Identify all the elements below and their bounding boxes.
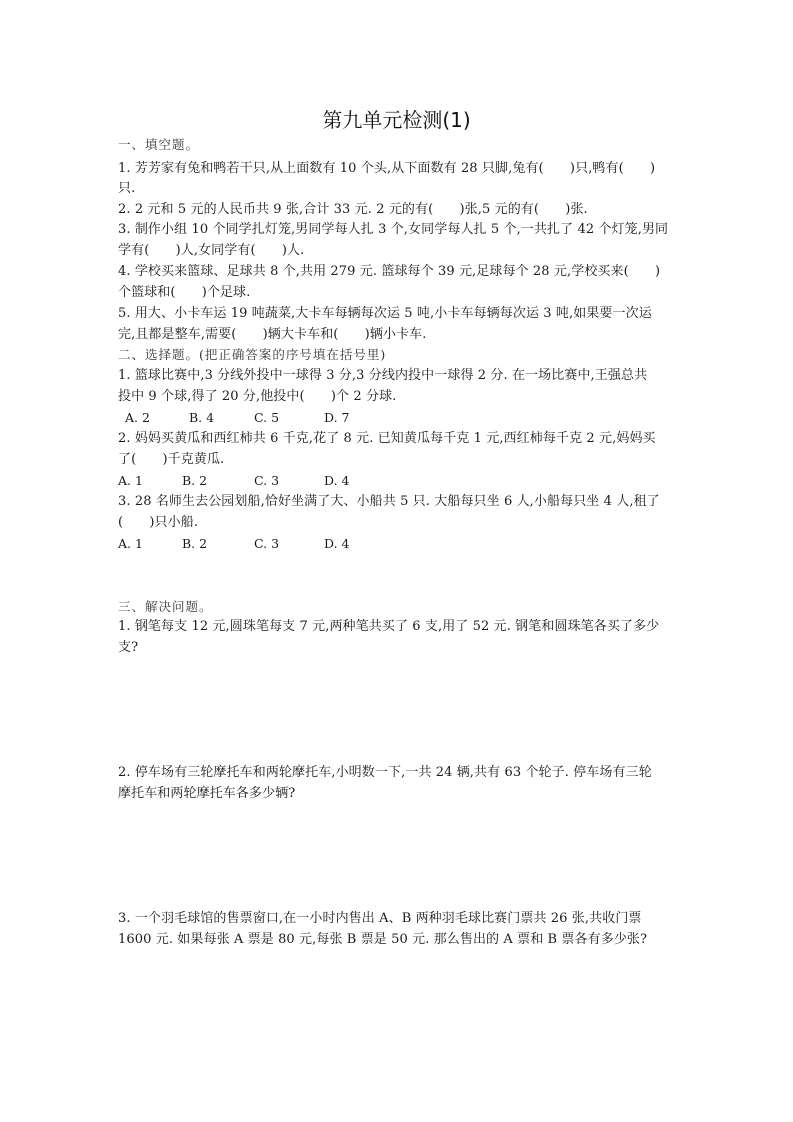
solve-q3-line-1: 3. 一个羽毛球馆的售票窗口,在一小时内售出 A、B 两种羽毛球比赛门票共 26…	[118, 911, 678, 927]
section-heading-problems: 三、解决问题。	[118, 599, 678, 615]
section-heading-fill-in: 一、填空题。	[118, 137, 678, 153]
solve-q1-line-2: 支?	[118, 640, 678, 656]
choice-q2-line-1: 2. 妈妈买黄瓜和西红柿共 6 千克,花了 8 元. 已知黄瓜每千克 1 元,西…	[118, 431, 678, 447]
choice-q1-line-2: 投中 9 个球,得了 20 分,他投中( )个 2 分球.	[118, 389, 678, 405]
solve-q2-line-1: 2. 停车场有三轮摩托车和两轮摩托车,小明数一下,一共 24 辆,共有 63 个…	[118, 765, 678, 781]
choice-q3-line-1: 3. 28 名师生去公园划船,恰好坐满了大、小船共 5 只. 大船每只坐 6 人…	[118, 494, 678, 510]
option-d: D. 4	[324, 473, 349, 489]
option-c: C. 3	[254, 536, 279, 552]
choice-q3-line-2: ( )只小船.	[118, 515, 678, 531]
fill-q1-line-1: 1. 芳芳家有兔和鸭若干只,从上面数有 10 个头,从下面数有 28 只脚,兔有…	[118, 161, 678, 177]
fill-q5-line-1: 5. 用大、小卡车运 19 吨蔬菜,大卡车每辆每次运 5 吨,小卡车每辆每次运 …	[118, 306, 678, 322]
section-heading-choice: 二、选择题。(把正确答案的序号填在括号里)	[118, 347, 678, 363]
option-c: C. 5	[254, 410, 279, 426]
solve-q1-line-1: 1. 钢笔每支 12 元,圆珠笔每支 7 元,两种笔共买了 6 支,用了 52 …	[118, 619, 678, 635]
option-d: D. 7	[324, 410, 349, 426]
option-b: B. 2	[182, 536, 207, 552]
fill-q2-line-1: 2. 2 元和 5 元的人民币共 9 张,合计 33 元. 2 元的有( )张,…	[118, 202, 678, 218]
solve-q3-line-2: 1600 元. 如果每张 A 票是 80 元,每张 B 票是 50 元. 那么售…	[118, 932, 678, 948]
fill-q5-line-2: 完,且都是整车,需要( )辆大卡车和( )辆小卡车.	[118, 327, 678, 343]
worksheet-page: 第九单元检测(1) 一、填空题。 1. 芳芳家有兔和鸭若干只,从上面数有 10 …	[0, 0, 793, 1122]
choice-q1-line-1: 1. 篮球比赛中,3 分线外投中一球得 3 分,3 分线内投中一球得 2 分. …	[118, 368, 678, 384]
option-b: B. 4	[189, 410, 214, 426]
solve-q2-line-2: 摩托车和两轮摩托车各多少辆?	[118, 786, 678, 802]
fill-q3-line-1: 3. 制作小组 10 个同学扎灯笼,男同学每人扎 3 个,女同学每人扎 5 个,…	[118, 222, 678, 238]
fill-q1-line-2: 只.	[118, 181, 678, 197]
option-a: A. 1	[118, 473, 143, 489]
fill-q3-line-2: 学有( )人,女同学有( )人.	[118, 243, 678, 259]
option-a: A. 2	[125, 410, 150, 426]
fill-q4-line-1: 4. 学校买来篮球、足球共 8 个,共用 279 元. 篮球每个 39 元,足球…	[118, 264, 678, 280]
choice-q2-line-2: 了( )千克黄瓜.	[118, 452, 678, 468]
option-a: A. 1	[118, 536, 143, 552]
option-d: D. 4	[324, 536, 349, 552]
fill-q4-line-2: 个篮球和( )个足球.	[118, 285, 678, 301]
option-b: B. 2	[182, 473, 207, 489]
page-title: 第九单元检测(1)	[0, 104, 793, 133]
option-c: C. 3	[254, 473, 279, 489]
